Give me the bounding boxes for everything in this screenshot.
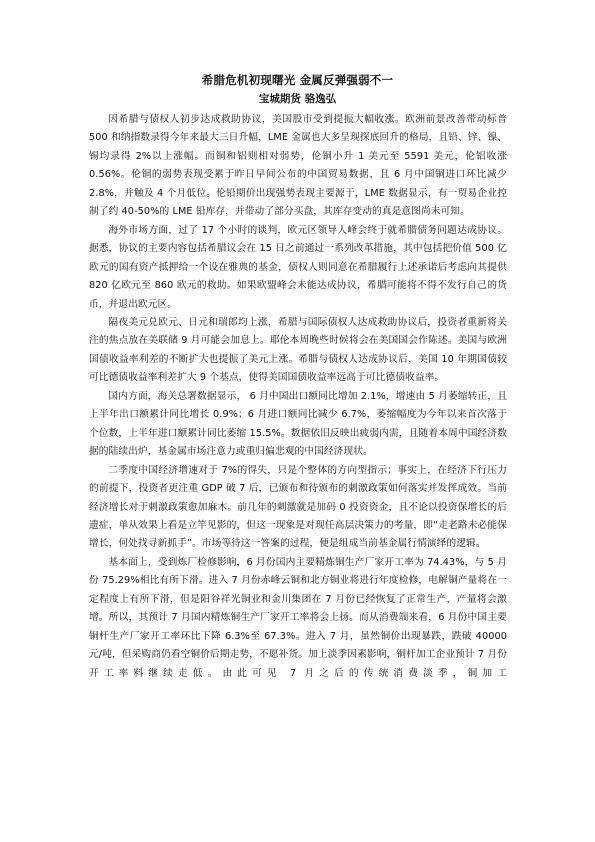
article-author: 宝城期货 骆逸弘	[0, 91, 595, 107]
document-page: 希腊危机初现曙光 金属反弹强弱不一 宝城期货 骆逸弘 因希腊与债权人初步达成救助…	[0, 0, 595, 842]
paragraph-gdp-stimulus: 二季度中国经济增速对于 7%的得失，只是个整体的方向型指示；事实上，在经济下行压…	[89, 462, 507, 554]
article-title: 希腊危机初现曙光 金属反弹强弱不一	[0, 72, 595, 88]
paragraph-market-overview: 因希腊与债权人初步达成救助协议，美国股市受到提振大幅收涨。欧洲前景改善带动标普 …	[89, 111, 507, 222]
paragraph-fundamentals: 基本面上，受到炼厂检修影响，6 月份国内主要精炼铜生产厂家开工率为 74.43%…	[89, 554, 507, 683]
paragraph-overseas-market: 海外市场方面，过了 17 个小时的谈判，欧元区领导人峰会终于就希腊债务问题达成协…	[89, 222, 507, 314]
paragraph-domestic-trade: 国内方面，海关总署数据显示， 6 月中国出口额同比增加 2.1%，增速由 5 月…	[89, 388, 507, 462]
article-body: 因希腊与债权人初步达成救助协议，美国股市受到提振大幅收涨。欧洲前景改善带动标普 …	[89, 111, 507, 683]
paragraph-usd-forex: 隔夜美元兑欧元、日元和瑞郎均上涨，希腊与国际债权人达成救助协议后，投资者重新将关…	[89, 314, 507, 388]
